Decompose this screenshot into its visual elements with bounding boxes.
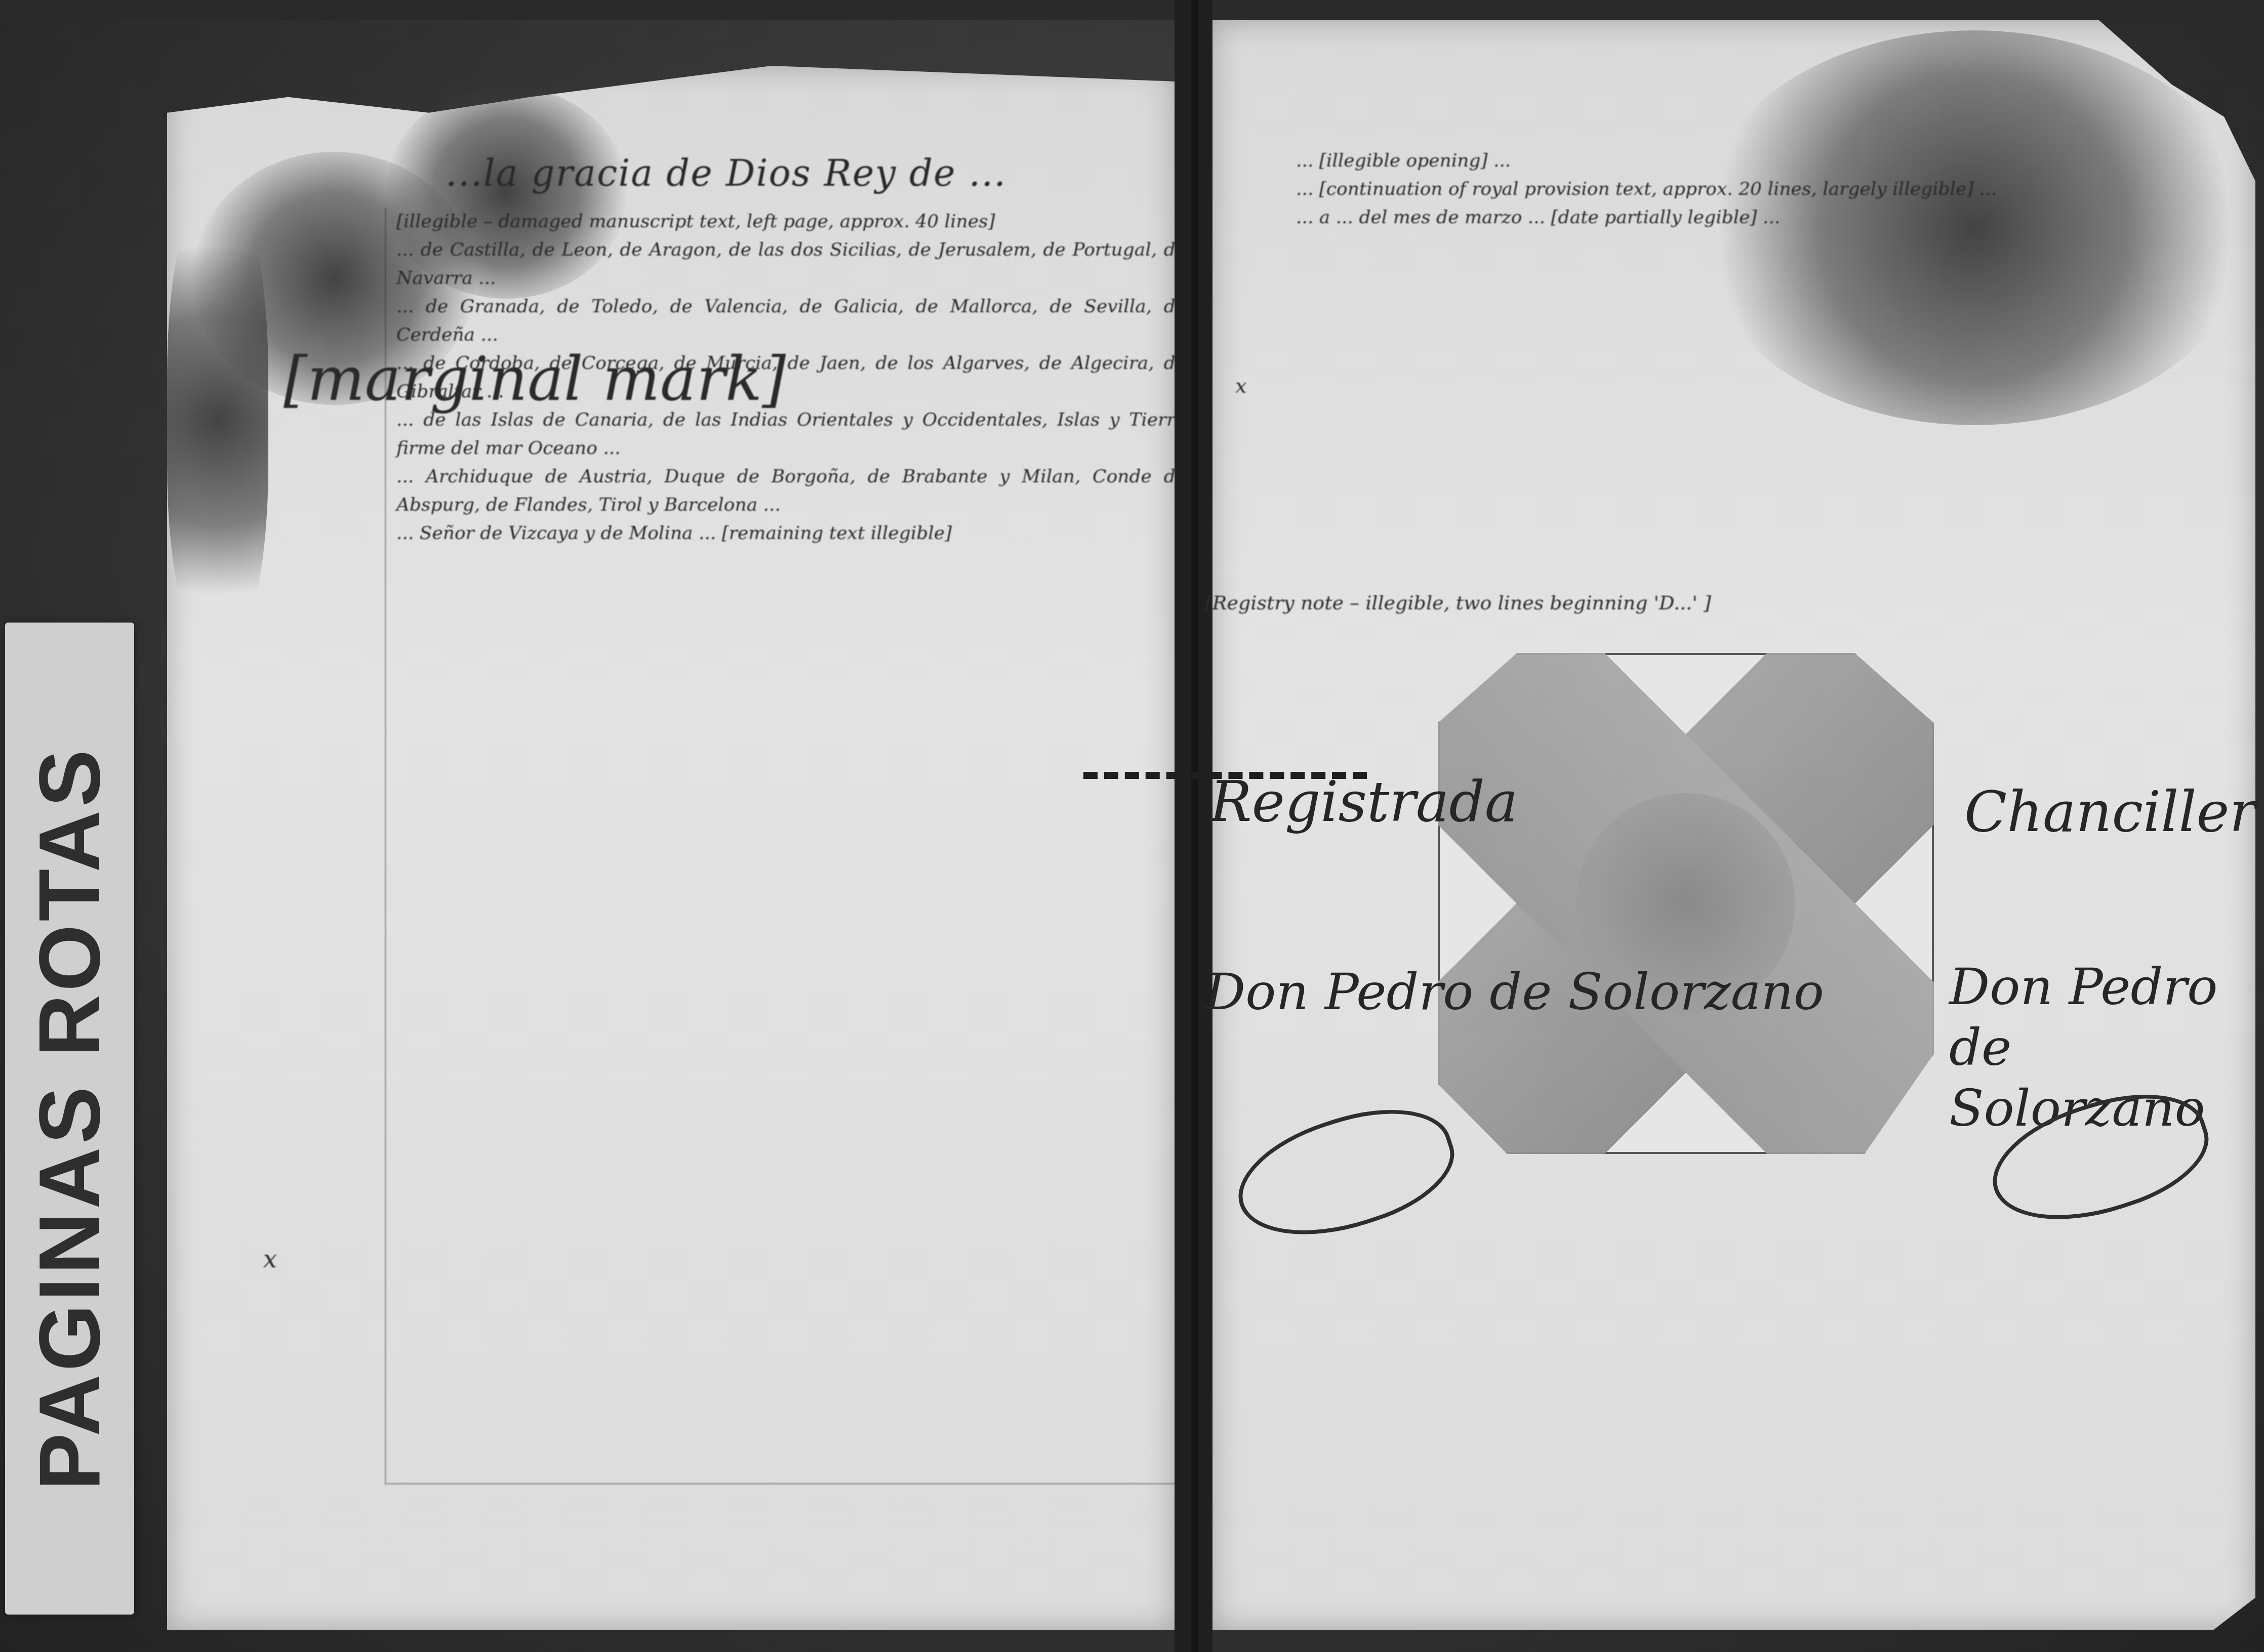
left-marginal-note: [marginal mark] bbox=[284, 344, 786, 415]
archive-label: PAGINAS ROTAS bbox=[5, 623, 134, 1615]
paper-seal bbox=[1438, 653, 1934, 1154]
right-body-line: ... [illegible opening] ... bbox=[1296, 147, 2071, 175]
archive-label-text: PAGINAS ROTAS bbox=[20, 747, 119, 1491]
signature-chanciller: Chanciller bbox=[1964, 779, 2256, 844]
left-body-line: ... de Castilla, de Leon, de Aragon, de … bbox=[396, 236, 1186, 293]
left-body-line: [illegible – damaged manuscript text, le… bbox=[396, 208, 1186, 236]
damage-stain bbox=[167, 192, 268, 648]
signature-registrada: Registrada bbox=[1210, 769, 1518, 834]
right-body-line: ... a ... del mes de marzo ... [date par… bbox=[1296, 203, 2071, 232]
right-page-body: ... [illegible opening] ... ... [continu… bbox=[1296, 147, 2071, 582]
right-body-line: ... [continuation of royal provision tex… bbox=[1296, 175, 2071, 203]
left-body-line: ... Señor de Vizcaya y de Molina ... [re… bbox=[396, 519, 1186, 548]
right-marginal-x: x bbox=[1235, 375, 1247, 398]
left-body-line: ... de Granada, de Toledo, de Valencia, … bbox=[396, 293, 1186, 349]
gutter-binding bbox=[1191, 0, 1198, 1652]
scan-top-edge bbox=[0, 0, 2264, 20]
left-page-heading: ...la gracia de Dios Rey de ... bbox=[446, 152, 1104, 194]
signature-name-left: Don Pedro de Solorzano bbox=[1205, 962, 1824, 1022]
left-body-line: ... Archiduque de Austria, Duque de Borg… bbox=[396, 463, 1186, 519]
registry-note: [Registry note – illegible, two lines be… bbox=[1205, 587, 2197, 618]
left-marginal-x: x bbox=[263, 1245, 277, 1273]
